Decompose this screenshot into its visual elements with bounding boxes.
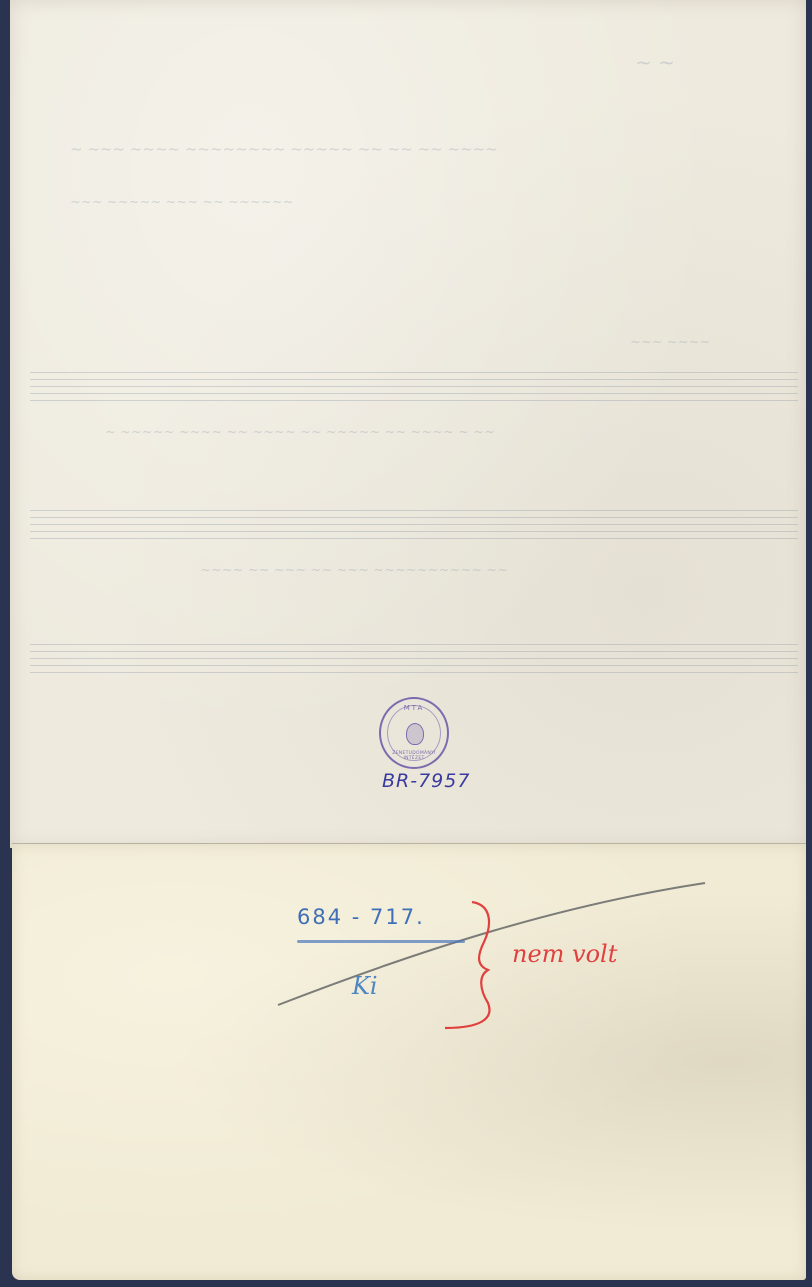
annotation-strokes [0,0,812,1287]
crossed-out-note: Ki [352,972,378,1000]
strike-through-line [278,883,705,1005]
range-underline [297,940,465,943]
page-range-note: 684 - 717. [297,905,425,929]
bracket-note: nem volt [512,940,617,968]
curly-bracket [445,902,489,1028]
